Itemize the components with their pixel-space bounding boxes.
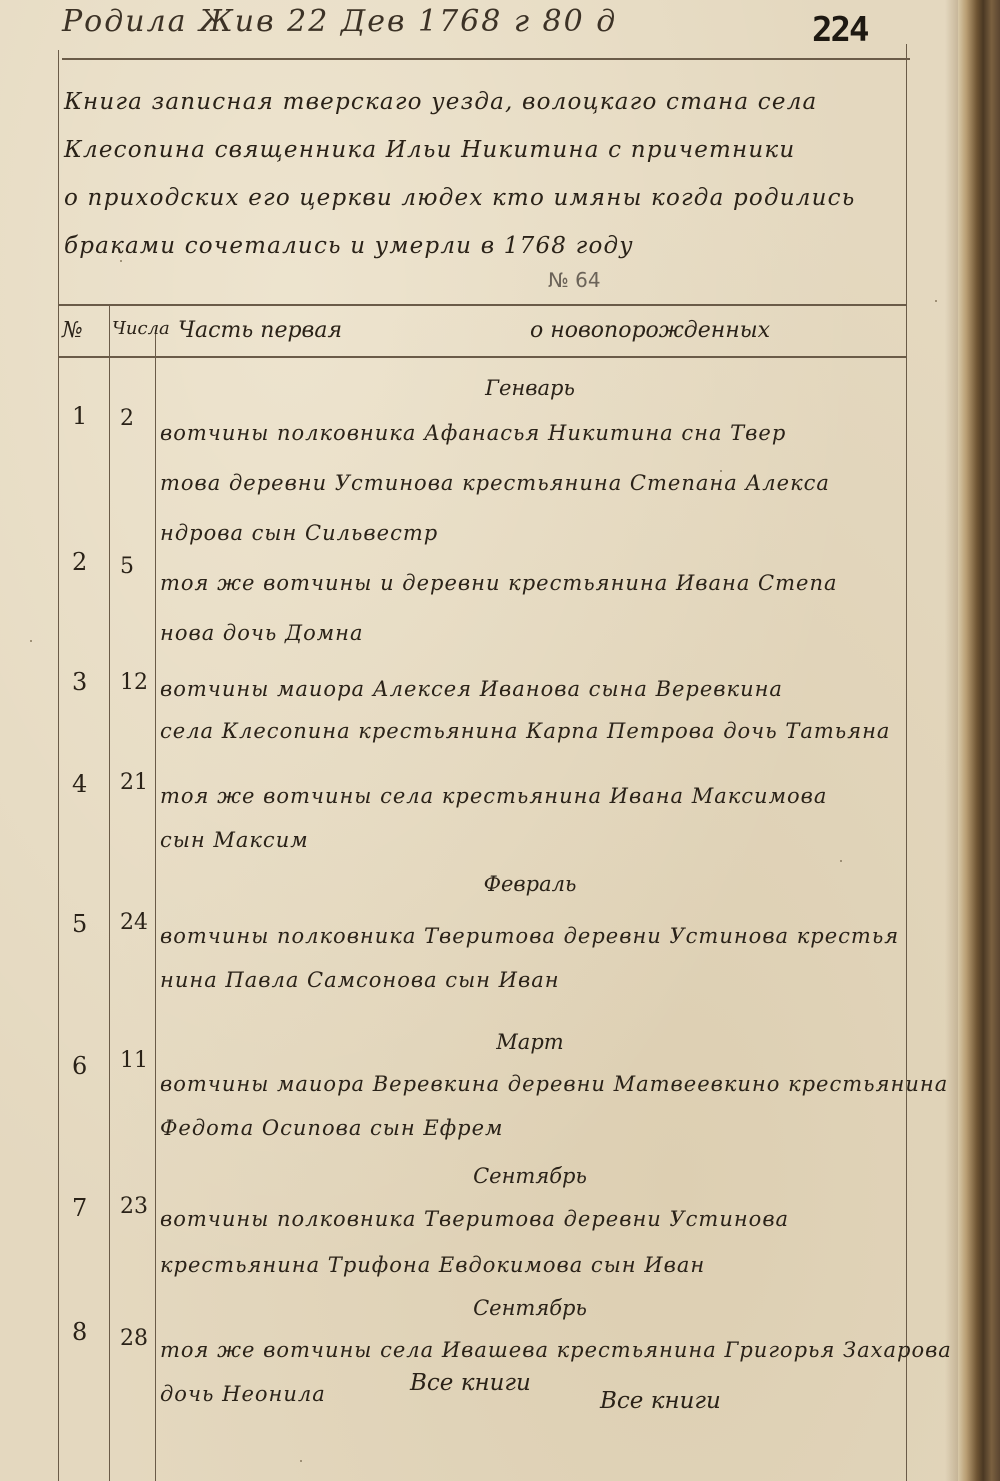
entry-text: тоя же вотчины села Ивашева крестьянина … <box>160 1328 905 1416</box>
entry-line: вотчины маиора Веревкина деревни Матвеев… <box>160 1062 905 1106</box>
entry-text: вотчины полковника Тверитова деревни Уст… <box>160 914 905 1002</box>
entry-day: 2 <box>120 406 134 431</box>
entry-number: 7 <box>72 1194 87 1222</box>
entry-text: вотчины маиора Алексея Иванова сына Вере… <box>160 668 905 752</box>
entry-line: сын Максим <box>160 818 905 862</box>
folio-number: 224 <box>812 10 867 50</box>
left-border-line <box>58 50 59 1481</box>
paper-speck <box>120 260 122 262</box>
title-line: браками сочетались и умерли в 1768 году <box>64 222 904 270</box>
entry-text: вотчины полковника Тверитова деревни Уст… <box>160 1196 905 1288</box>
entry-line: вотчины полковника Тверитова деревни Уст… <box>160 1196 905 1242</box>
entry-line: вотчины полковника Афанасья Никитина сна… <box>160 408 905 458</box>
book-binding <box>958 0 1000 1481</box>
entry-number: 8 <box>72 1318 87 1346</box>
top-caption: Родила Жив 22 Дев 1768 г 80 д <box>62 4 822 39</box>
signature-2: Все книги <box>600 1388 721 1414</box>
paper-speck <box>935 300 937 302</box>
entry-number: 6 <box>72 1052 87 1080</box>
paper-speck <box>30 640 32 642</box>
month-heading: Сентябрь <box>155 1296 905 1320</box>
entry-number: 1 <box>72 402 87 430</box>
title-bottom-rule <box>58 304 906 306</box>
entry-line: нова дочь Домна <box>160 608 905 658</box>
entry-line: крестьянина Трифона Евдокимова сын Иван <box>160 1242 905 1288</box>
header-day: Числа <box>112 318 170 339</box>
paper-speck <box>840 860 842 862</box>
entry-number: 4 <box>72 770 87 798</box>
table-header: № Числа Часть первая о новопорожденных <box>60 314 905 354</box>
paper-speck <box>720 470 722 472</box>
entry-day: 23 <box>120 1194 148 1219</box>
entry-line: тоя же вотчины села крестьянина Ивана Ма… <box>160 774 905 818</box>
entry-line: села Клесопина крестьянина Карпа Петрова… <box>160 710 905 752</box>
entry-line: нина Павла Самсонова сын Иван <box>160 958 905 1002</box>
entry-line: ндрова сын Сильвестр <box>160 508 905 558</box>
month-heading: Генварь <box>155 376 905 400</box>
entry-number: 2 <box>72 548 87 576</box>
entry-line: дочь Неонила <box>160 1372 905 1416</box>
entry-day: 28 <box>120 1326 148 1351</box>
register-title: Книга записная тверскаго уезда, волоцкаг… <box>64 78 904 270</box>
entry-number: 3 <box>72 668 87 696</box>
top-rule <box>62 58 910 60</box>
title-line: о приходских его церкви людех кто имяны … <box>64 174 904 222</box>
signature-1: Все книги <box>410 1370 531 1396</box>
title-line: Клесопина священника Ильи Никитина с при… <box>64 126 904 174</box>
archive-number: № 64 <box>548 268 601 292</box>
entry-text: тоя же вотчины села крестьянина Ивана Ма… <box>160 774 905 862</box>
header-subject: о новопорожденных <box>530 318 770 343</box>
entry-text: вотчины маиора Веревкина деревни Матвеев… <box>160 1062 905 1150</box>
entry-line: вотчины маиора Алексея Иванова сына Вере… <box>160 668 905 710</box>
header-part: Часть первая <box>178 318 342 343</box>
entry-text: вотчины полковника Афанасья Никитина сна… <box>160 408 905 558</box>
entry-day: 12 <box>120 670 148 695</box>
title-line: Книга записная тверскаго уезда, волоцкаг… <box>64 78 904 126</box>
month-heading: Март <box>155 1030 905 1054</box>
entry-day: 24 <box>120 910 148 935</box>
entry-day: 11 <box>120 1048 148 1073</box>
entry-line: тоя же вотчины и деревни крестьянина Ива… <box>160 558 905 608</box>
right-border-line <box>906 44 907 1481</box>
entry-number: 5 <box>72 910 87 938</box>
header-number: № <box>62 318 83 343</box>
header-bottom-rule <box>58 356 906 358</box>
entry-day: 21 <box>120 770 148 795</box>
entry-line: Федота Осипова сын Ефрем <box>160 1106 905 1150</box>
month-heading: Сентябрь <box>155 1164 905 1188</box>
entry-line: тоя же вотчины села Ивашева крестьянина … <box>160 1328 905 1372</box>
column-divider-number <box>109 304 110 1481</box>
entry-line: вотчины полковника Тверитова деревни Уст… <box>160 914 905 958</box>
entry-day: 5 <box>120 554 134 579</box>
month-heading: Февраль <box>155 872 905 896</box>
entry-text: тоя же вотчины и деревни крестьянина Ива… <box>160 558 905 658</box>
entry-line: това деревни Устинова крестьянина Степан… <box>160 458 905 508</box>
paper-speck <box>300 1460 302 1462</box>
